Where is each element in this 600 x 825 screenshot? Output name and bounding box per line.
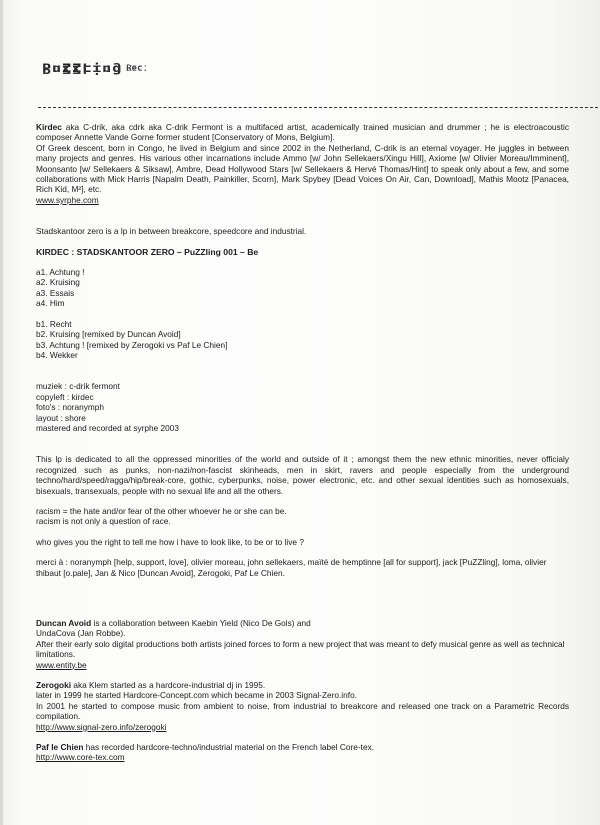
track: a2. Kruising: [36, 277, 569, 287]
duncan-name: Duncan Avoid: [36, 618, 91, 628]
duncan-avoid-bio: Duncan Avoid is a collaboration between …: [36, 618, 569, 670]
racism-note: racism is not only a question of race.: [36, 516, 569, 526]
kirdec-bio: Kirdec aka C-drik, aka cdrk aka C-drik F…: [36, 122, 569, 143]
signal-zero-link[interactable]: http://www.signal-zero.info/zerogoki: [36, 722, 167, 732]
label-logo: PuZZLingRec. PuZZLingRec.: [42, 58, 148, 91]
scanned-page: PuZZLingRec. PuZZLingRec. Kirdec aka C-d…: [0, 0, 600, 825]
kirdec-bio-2: Of Greek descent, born in Congo, he live…: [36, 143, 569, 195]
track: b1. Recht: [36, 319, 569, 329]
credit-line: muziek : c-drik fermont: [36, 381, 569, 391]
track: a3. Essais: [36, 288, 569, 298]
racism-definition: racism = the hate and/or fear of the oth…: [36, 506, 569, 516]
zerogoki-name: Zerogoki: [36, 680, 71, 690]
side-b-tracklist: b1. Recht b2. Kruising [remixed by Dunca…: [36, 319, 569, 361]
credit-line: foto's : noranymph: [36, 402, 569, 412]
page-edge: [0, 0, 3, 825]
track: a1. Achtung !: [36, 267, 569, 277]
thanks: merci à : noranymph [help, support, love…: [36, 557, 569, 578]
credits: muziek : c-drik fermont copyleft : kirde…: [36, 381, 569, 433]
paf-le-chien-bio: Paf le Chien has recorded hardcore-techn…: [36, 742, 569, 763]
release-title: KIRDEC : STADSKANTOOR ZERO – PuZZling 00…: [36, 247, 569, 257]
track: b2. Kruising [remixed by Duncan Avoid]: [36, 329, 569, 339]
logo-mirror: PuZZLingRec.: [42, 63, 148, 75]
track: a4. Him: [36, 298, 569, 308]
entity-link[interactable]: www.entity.be: [36, 660, 87, 670]
credit-line: layout : shore: [36, 413, 569, 423]
track: b3. Achtung ! [remixed by Zerogoki vs Pa…: [36, 340, 569, 350]
kirdec-name: Kirdec: [36, 122, 62, 132]
question: who gives you the right to tell me how i…: [36, 537, 569, 547]
paf-name: Paf le Chien: [36, 742, 84, 752]
credit-line: copyleft : kirdec: [36, 392, 569, 402]
liner-notes: Kirdec aka C-drik, aka cdrk aka C-drik F…: [36, 122, 569, 763]
header-divider: [38, 107, 598, 108]
side-a-tracklist: a1. Achtung ! a2. Kruising a3. Essais a4…: [36, 267, 569, 309]
track: b4. Wekker: [36, 350, 569, 360]
zerogoki-bio: Zerogoki aka Klem started as a hardcore-…: [36, 680, 569, 732]
syrphe-link[interactable]: www.syrphe.com: [36, 195, 99, 205]
dedication: This lp is dedicated to all the oppresse…: [36, 454, 569, 496]
credit-line: mastered and recorded at syrphe 2003: [36, 423, 569, 433]
core-tex-link[interactable]: http://www.core-tex.com: [36, 752, 125, 762]
summary: Stadskantoor zero is a lp in between bre…: [36, 226, 569, 236]
